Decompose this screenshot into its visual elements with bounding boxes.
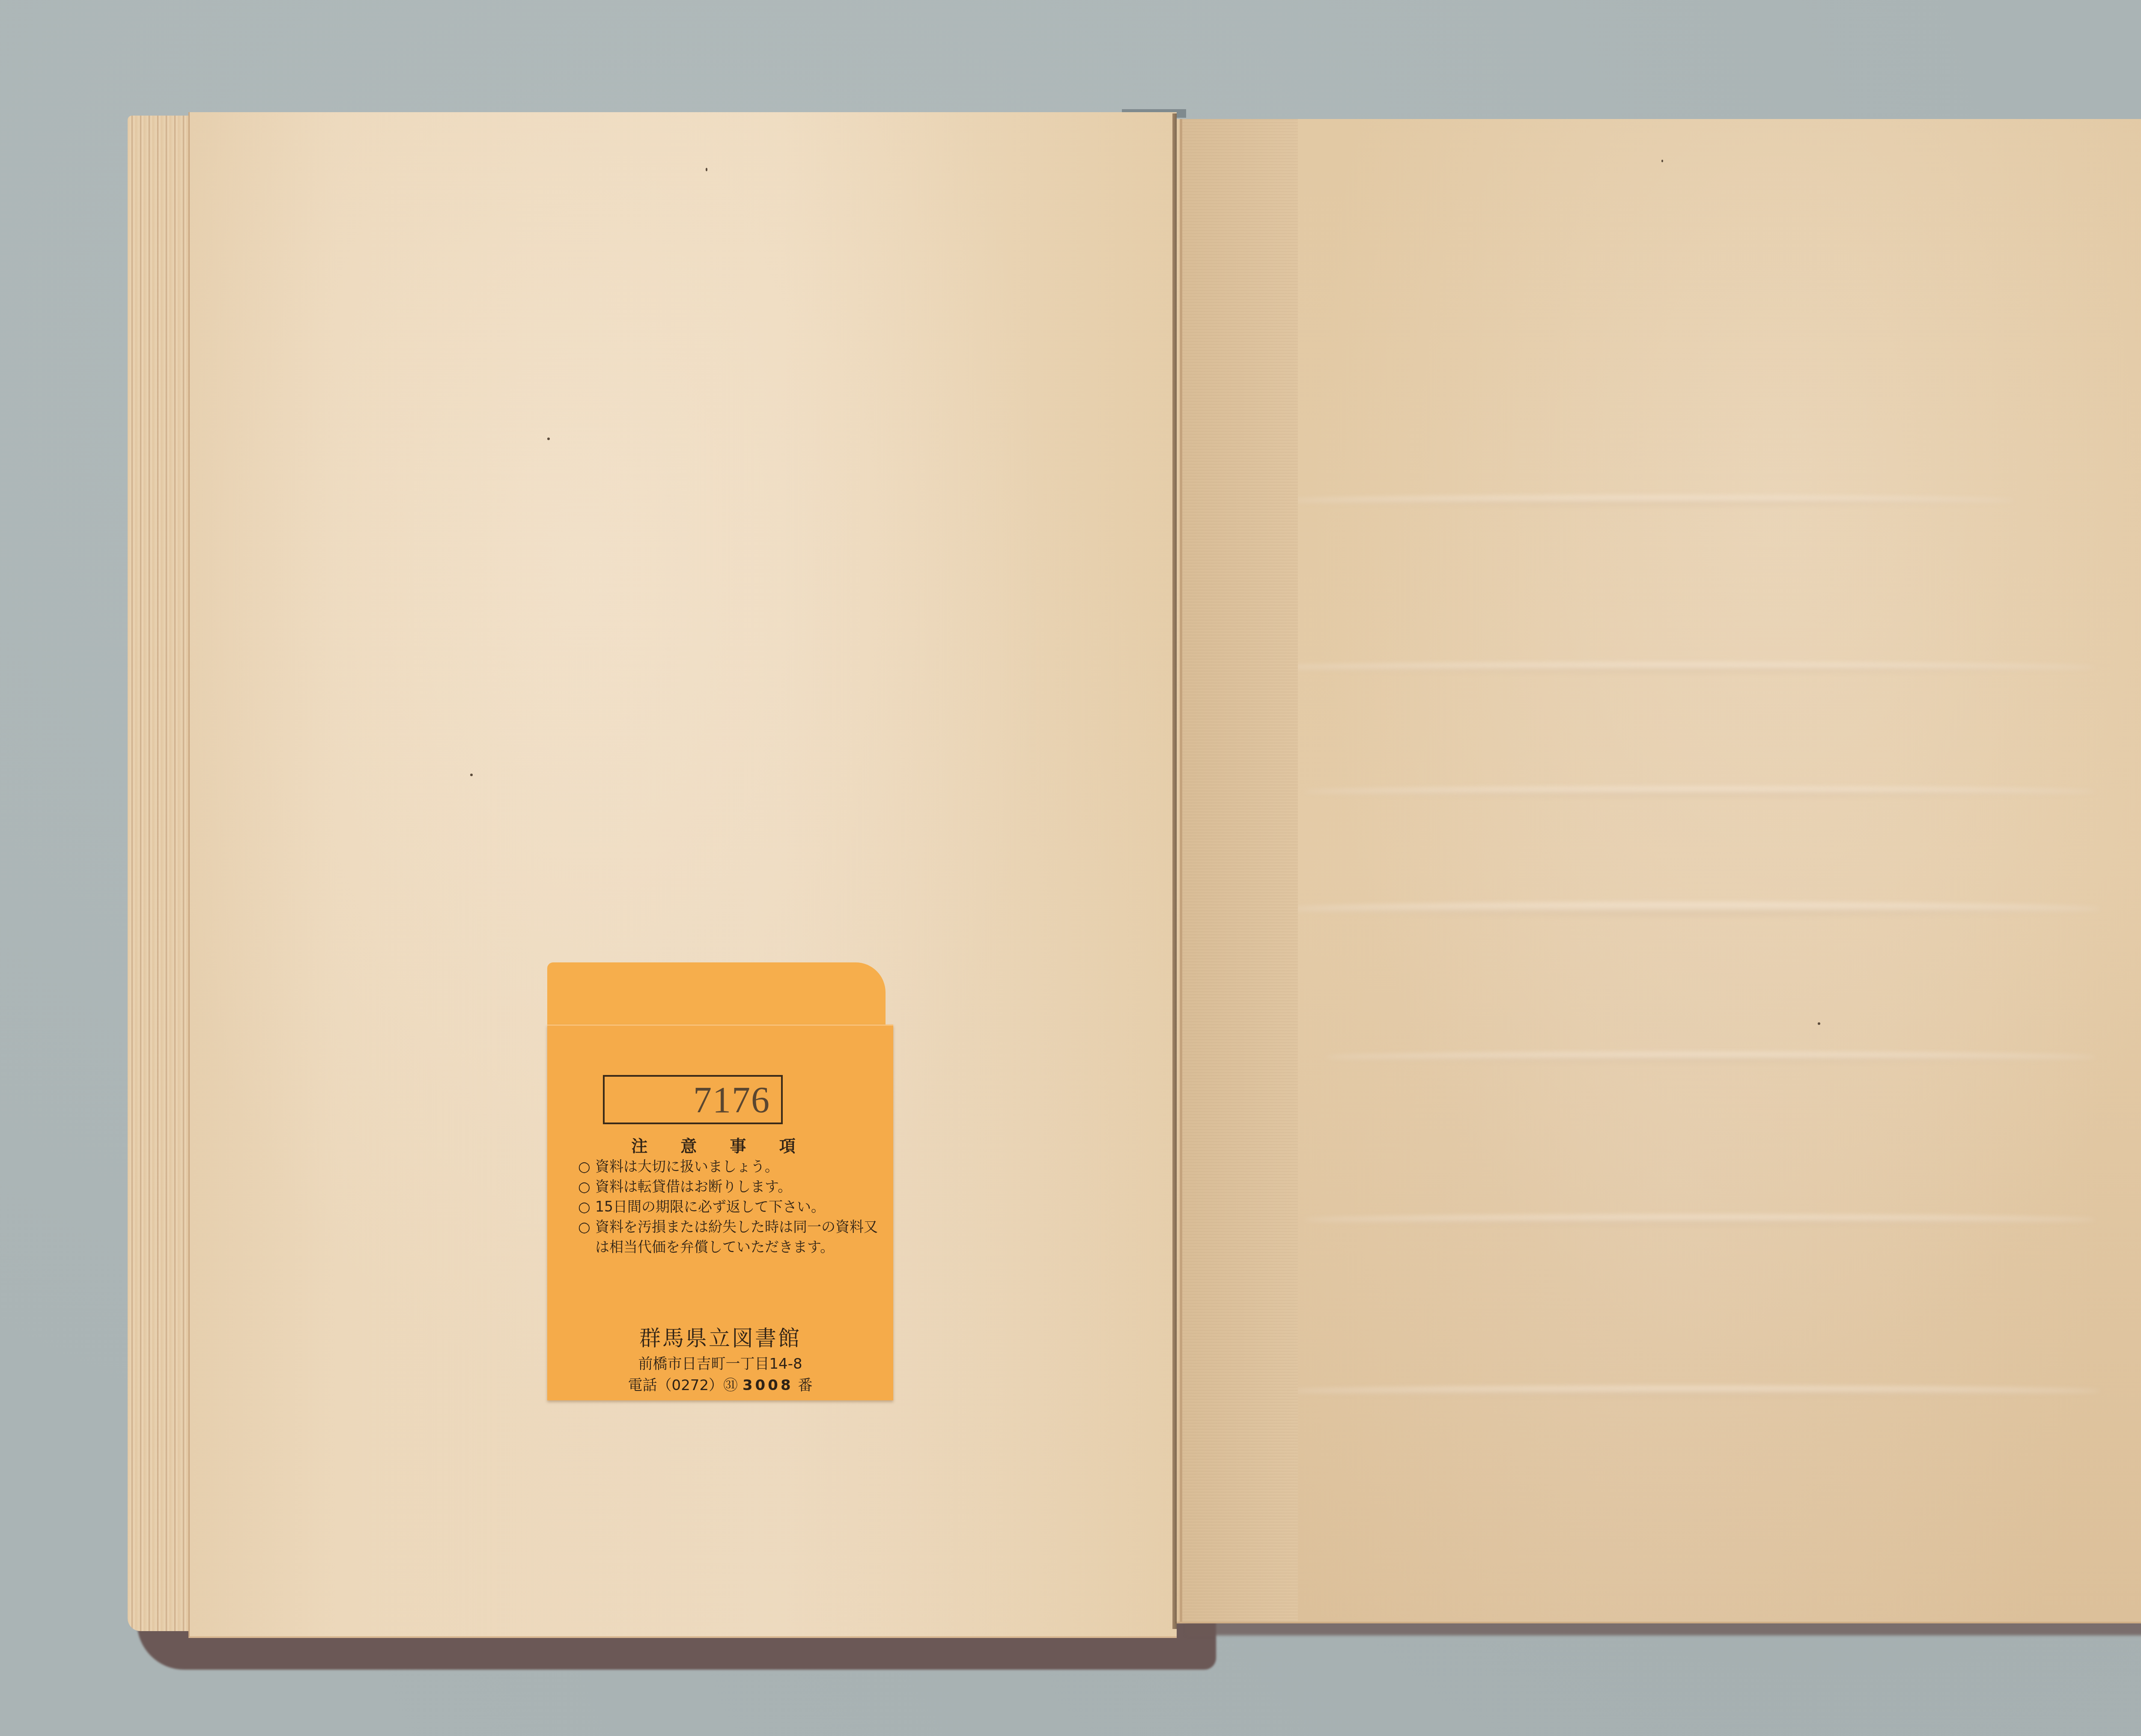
spine-hinge-strip <box>1180 119 1298 1622</box>
paper-speck <box>1818 1022 1820 1025</box>
circle-bullet-icon: ○ <box>578 1176 590 1197</box>
library-name: 群馬県立図書館 <box>547 1321 893 1352</box>
notice-item: ○ 資料を汚損または紛失した時は同一の資料又は相当代価を弁償していただきます。 <box>578 1217 886 1257</box>
paper-wrinkle <box>1261 663 2096 672</box>
paper-wrinkle <box>1287 1386 2100 1396</box>
circle-bullet-icon: ○ <box>578 1197 590 1217</box>
library-pocket: 7176 注 意 事 項 ○ 資料は大切に扱いましょう。 ○ 資料は転貸借はお断… <box>547 962 892 1401</box>
pocket-card-tab <box>547 962 886 1031</box>
paper-speck <box>1661 160 1663 162</box>
book-gutter <box>1172 113 1177 1629</box>
library-address: 前橋市日吉町一丁目14-8 <box>547 1352 893 1373</box>
paper-speck <box>547 438 550 440</box>
paper-wrinkle <box>1287 902 2100 915</box>
phone-suffix: 番 <box>798 1377 812 1394</box>
phone-number: 3008 <box>742 1377 793 1394</box>
notice-title: 注 意 事 項 <box>547 1133 893 1156</box>
paper-speck <box>706 168 707 171</box>
left-page <box>188 112 1177 1638</box>
call-number: 7176 <box>693 1078 770 1121</box>
notice-item: ○ 15日間の期限に必ず返して下さい。 <box>578 1197 886 1217</box>
paper-wrinkle <box>1325 1052 2096 1062</box>
page-stack-edges <box>128 116 196 1631</box>
notice-list: ○ 資料は大切に扱いましょう。 ○ 資料は転貸借はお断りします。 ○ 15日間の… <box>578 1156 886 1257</box>
phone-prefix: 電話（0272）㉛ <box>628 1377 738 1394</box>
paper-wrinkle <box>1304 1215 2096 1224</box>
right-page <box>1175 119 2141 1623</box>
call-number-box: 7176 <box>603 1075 783 1124</box>
paper-wrinkle <box>1287 496 2015 505</box>
library-phone: 電話（0272）㉛ 3008 番 <box>547 1373 893 1394</box>
circle-bullet-icon: ○ <box>578 1156 590 1176</box>
notice-item: ○ 資料は転貸借はお断りします。 <box>578 1176 886 1197</box>
paper-wrinkle <box>1304 787 2096 796</box>
pocket-front: 7176 注 意 事 項 ○ 資料は大切に扱いましょう。 ○ 資料は転貸借はお断… <box>547 1024 893 1400</box>
notice-item: ○ 資料は大切に扱いましょう。 <box>578 1156 886 1176</box>
circle-bullet-icon: ○ <box>578 1217 590 1237</box>
paper-speck <box>470 774 473 776</box>
